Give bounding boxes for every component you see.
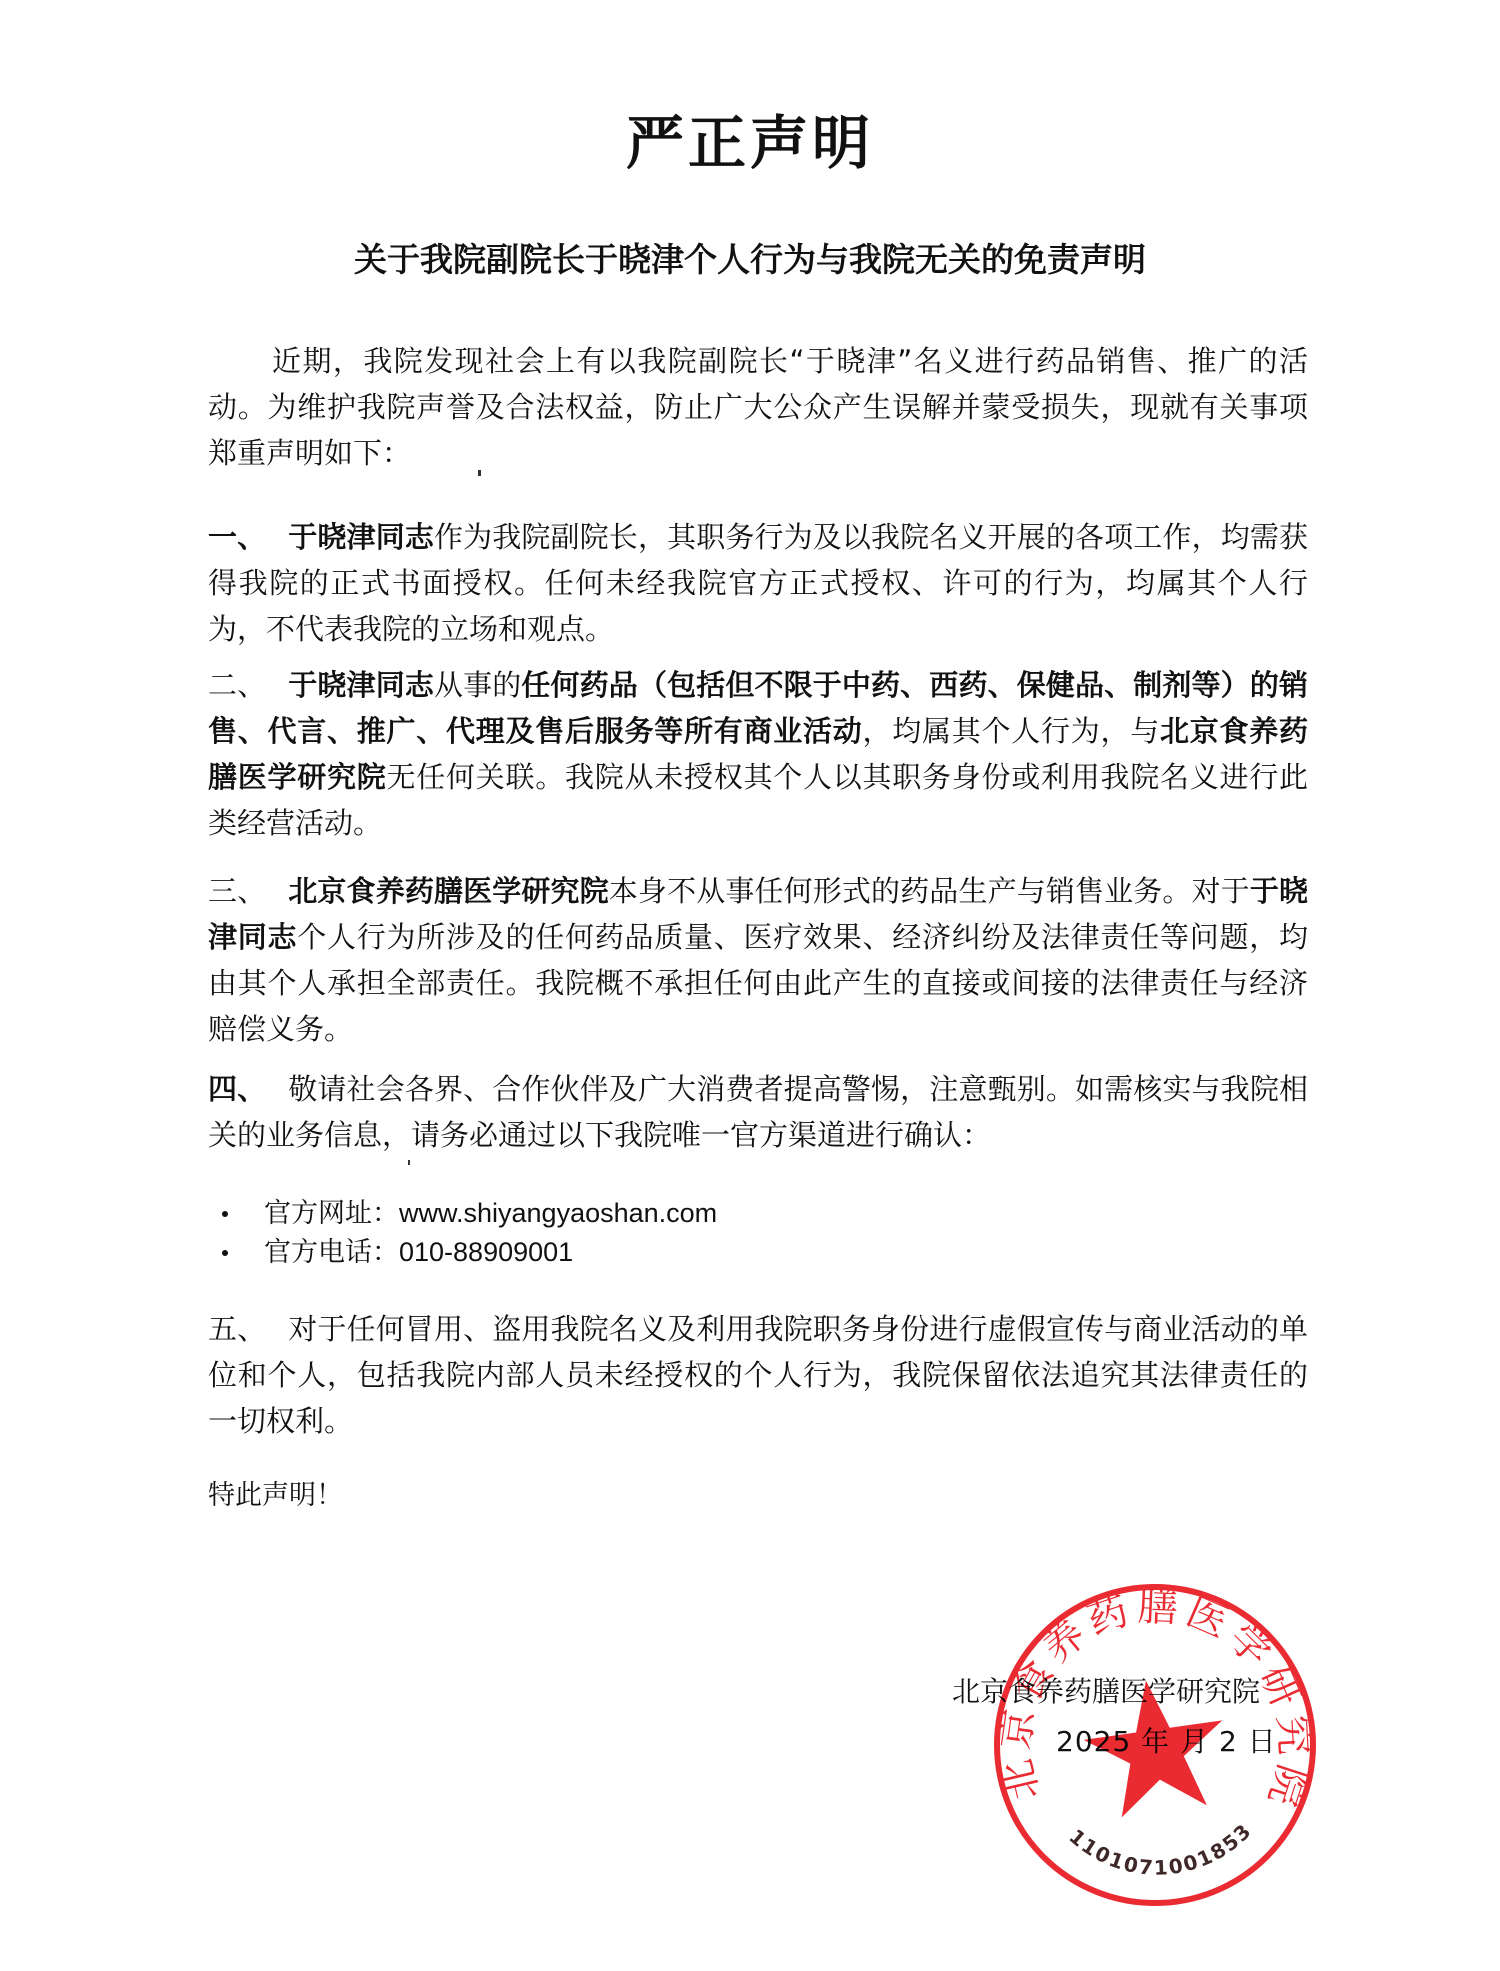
section-2: 二、于晓津同志从事的任何药品（包括但不限于中药、西药、保健品、制剂等）的销售、代…	[208, 662, 1308, 846]
scan-speck	[478, 470, 481, 476]
section-1: 一、于晓津同志作为我院副院长，其职务行为及以我院名义开展的各项工作，均需获得我院…	[208, 514, 1308, 652]
section-4-text: 敬请社会各界、合作伙伴及广大消费者提高警惕，注意甄别。如需核实与我院相关的业务信…	[208, 1072, 1308, 1152]
section-2-text-2: ，均属其个人行为，与	[862, 714, 1160, 748]
section-4-number: 四、	[208, 1072, 266, 1106]
contact-website-value[interactable]: www.shiyangyaoshan.com	[399, 1194, 717, 1233]
document-subtitle: 关于我院副院长于晓津个人行为与我院无关的免责声明	[0, 238, 1500, 282]
section-3-text-1: 本身不从事任何形式的药品生产与销售业务。对于	[609, 874, 1250, 908]
bullet-icon	[222, 1250, 228, 1256]
official-channels-list: 官方网址： www.shiyangyaoshan.com 官方电话： 010-8…	[222, 1194, 717, 1272]
document-title: 严正声明	[0, 108, 1500, 178]
section-5: 五、对于任何冒用、盗用我院名义及利用我院职务身份进行虚假宣传与商业活动的单位和个…	[208, 1306, 1308, 1444]
section-3-bold-lead: 北京食养药膳医学研究院	[288, 874, 609, 908]
section-3-text-2: 个人行为所涉及的任何药品质量、医疗效果、经济纠纷及法律责任等问题，均由其个人承担…	[208, 920, 1308, 1046]
section-3: 三、北京食养药膳医学研究院本身不从事任何形式的药品生产与销售业务。对于于晓津同志…	[208, 868, 1308, 1052]
section-2-bold-lead: 于晓津同志	[288, 668, 434, 702]
intro-paragraph: 近期，我院发现社会上有以我院副院长“于晓津”名义进行药品销售、推广的活动。为维护…	[208, 338, 1308, 476]
statement-page: 严正声明 关于我院副院长于晓津个人行为与我院无关的免责声明 近期，我院发现社会上…	[0, 0, 1500, 1971]
contact-phone-value[interactable]: 010-88909001	[399, 1233, 573, 1272]
bullet-icon	[222, 1211, 228, 1217]
official-seal-icon: 北京食养药膳医学研究院 1101071001853 7	[990, 1580, 1320, 1910]
contact-website-label: 官方网址：	[264, 1194, 399, 1233]
section-2-text-1: 从事的	[434, 668, 521, 702]
section-2-number: 二、	[208, 668, 266, 702]
section-5-number: 五、	[208, 1312, 266, 1346]
section-3-number: 三、	[208, 874, 266, 908]
section-5-text: 对于任何冒用、盗用我院名义及利用我院职务身份进行虚假宣传与商业活动的单位和个人，…	[208, 1312, 1308, 1438]
section-1-number: 一、	[208, 520, 266, 554]
scan-speck	[408, 1160, 410, 1165]
section-1-bold-lead: 于晓津同志	[288, 520, 434, 554]
contact-phone: 官方电话： 010-88909001	[222, 1233, 717, 1272]
closing-line: 特此声明！	[208, 1476, 343, 1516]
contact-website: 官方网址： www.shiyangyaoshan.com	[222, 1194, 717, 1233]
section-4: 四、敬请社会各界、合作伙伴及广大消费者提高警惕，注意甄别。如需核实与我院相关的业…	[208, 1066, 1308, 1158]
contact-phone-label: 官方电话：	[264, 1233, 399, 1272]
